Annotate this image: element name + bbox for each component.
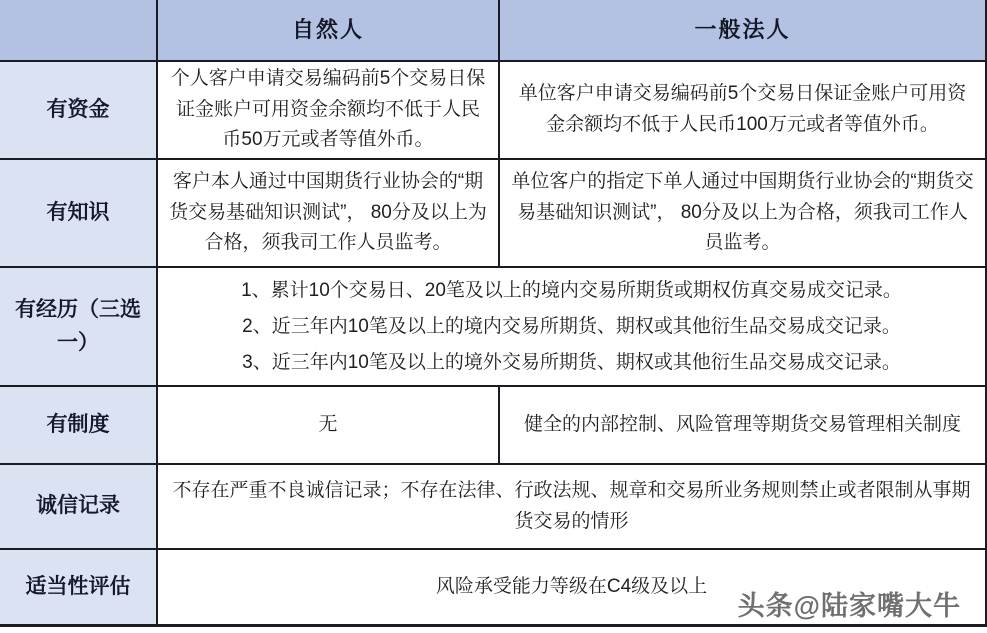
- header-corner-cell: [0, 0, 158, 62]
- experience-option-3: 3、近三年内10笔及以上的境外交易所期货、期权或其他衍生品交易成交记录。: [242, 345, 901, 381]
- experience-option-2: 2、近三年内10笔及以上的境内交易所期货、期权或其他衍生品交易成交记录。: [242, 309, 901, 345]
- eligibility-table: 自然人 一般法人 有资金 个人客户申请交易编码前5个交易日保证金账户可用资金余额…: [0, 0, 987, 633]
- table-grid: 自然人 一般法人 有资金 个人客户申请交易编码前5个交易日保证金账户可用资金余额…: [0, 0, 987, 627]
- row-label-suitability: 适当性评估: [0, 550, 158, 627]
- header-natural-person: 自然人: [158, 0, 500, 62]
- experience-option-1: 1、累计10个交易日、20笔及以上的境内交易所期货或期权仿真交易成交记录。: [241, 273, 902, 309]
- cell-funds-legal: 单位客户申请交易编码前5个交易日保证金账户可用资金余额均不低于人民币100万元或…: [500, 62, 987, 160]
- row-label-knowledge: 有知识: [0, 160, 158, 268]
- cell-system-legal: 健全的内部控制、风险管理等期货交易管理相关制度: [500, 387, 987, 465]
- cell-credit-merged: 不存在严重不良诚信记录；不存在法律、行政法规、规章和交易所业务规则禁止或者限制从…: [158, 465, 987, 550]
- cell-system-natural: 无: [158, 387, 500, 465]
- row-label-experience: 有经历（三选一）: [0, 268, 158, 387]
- cell-experience-merged: 1、累计10个交易日、20笔及以上的境内交易所期货或期权仿真交易成交记录。 2、…: [158, 268, 987, 387]
- row-label-funds: 有资金: [0, 62, 158, 160]
- header-legal-person: 一般法人: [500, 0, 987, 62]
- cell-suitability-merged: 风险承受能力等级在C4级及以上: [158, 550, 987, 627]
- cell-knowledge-legal: 单位客户的指定下单人通过中国期货行业协会的“期货交易基础知识测试”， 80分及以…: [500, 160, 987, 268]
- row-label-system: 有制度: [0, 387, 158, 465]
- cell-funds-natural: 个人客户申请交易编码前5个交易日保证金账户可用资金余额均不低于人民币50万元或者…: [158, 62, 500, 160]
- row-label-credit: 诚信记录: [0, 465, 158, 550]
- cell-knowledge-natural: 客户本人通过中国期货行业协会的“期货交易基础知识测试”， 80分及以上为合格，须…: [158, 160, 500, 268]
